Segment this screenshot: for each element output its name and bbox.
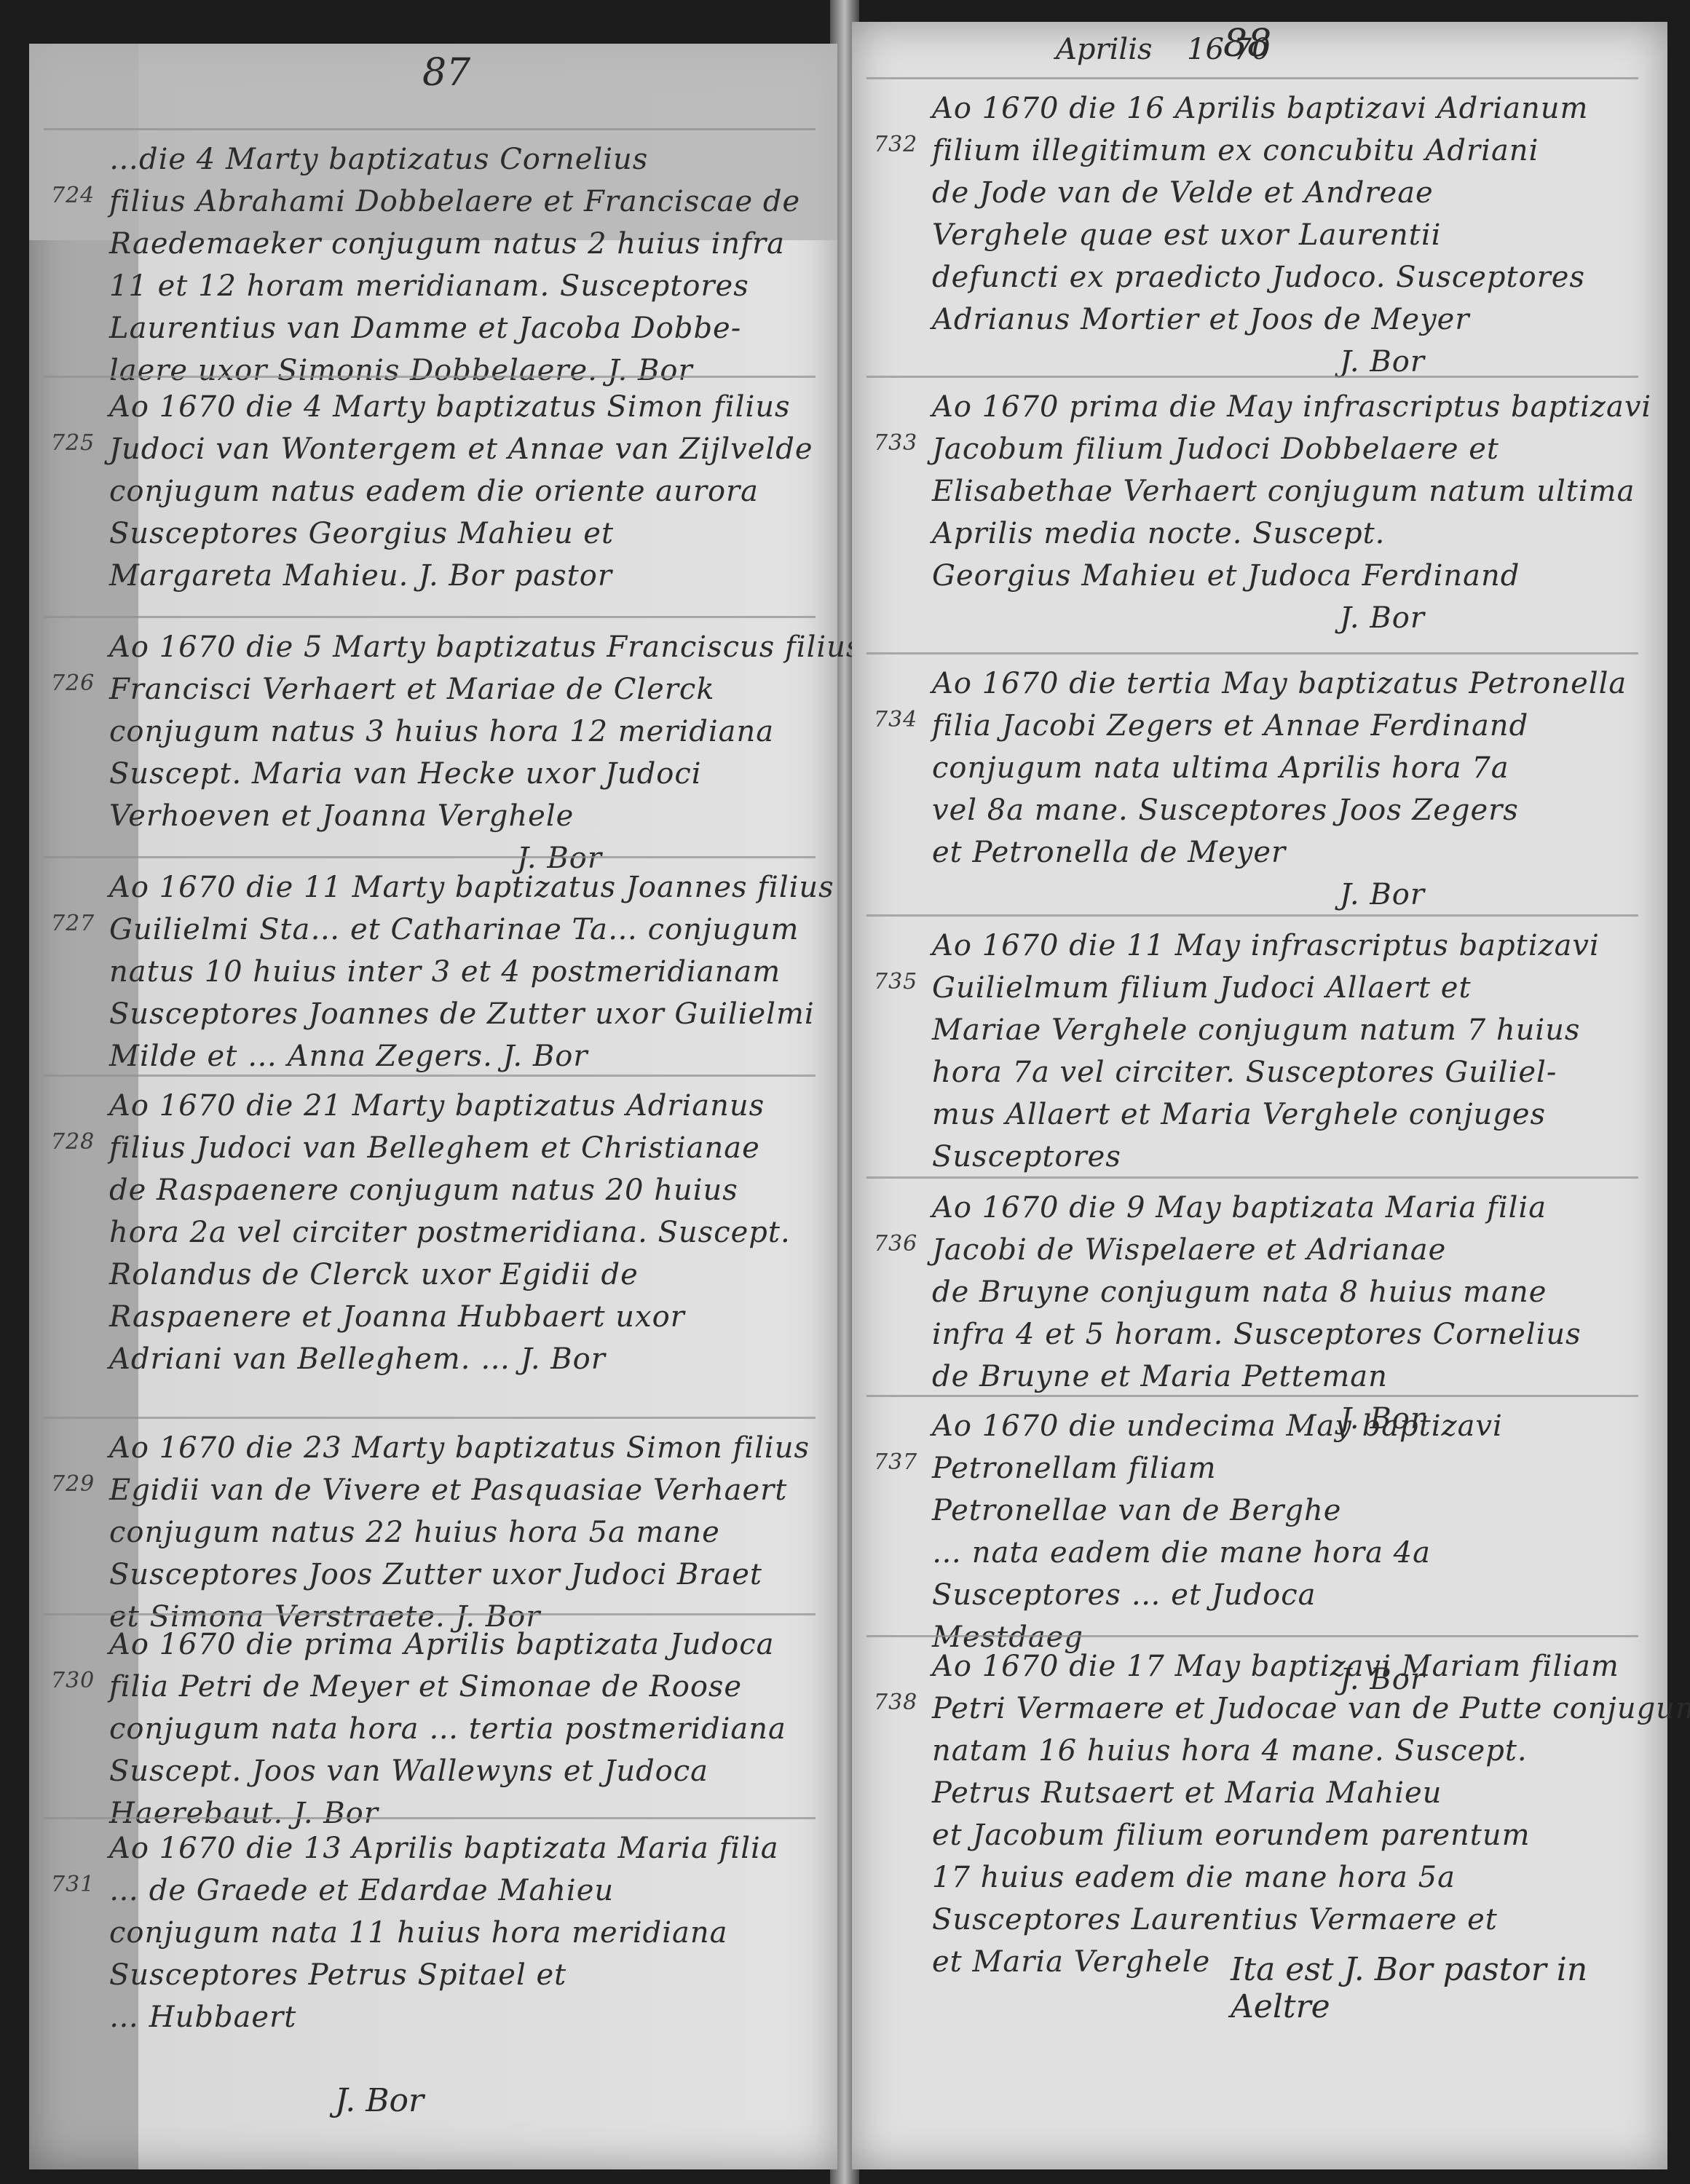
entry-text-line: Jacobum filium Judoci Dobbelaere et [932, 428, 1651, 470]
entry-text-line: filia Jacobi Zegers et Annae Ferdinand [932, 705, 1627, 747]
entry-text-line: Ao 1670 die 4 Marty baptizatus Simon fil… [109, 386, 813, 428]
register-entry: 731Ao 1670 die 13 Aprilis baptizata Mari… [109, 1827, 779, 2038]
right-page-number: 88 [1223, 22, 1271, 66]
entry-text-line: et Jacobum filium eorundem parentum [932, 1814, 1690, 1856]
entry-text-line: Susceptores … et Judoca [932, 1574, 1503, 1616]
entry-text-line: … de Graede et Edardae Mahieu [109, 1870, 779, 1912]
entry-number: 732 [874, 124, 917, 166]
entry-signature: J. Bor [932, 874, 1627, 916]
entry-text-line: 11 et 12 horam meridianam. Susceptores [109, 265, 800, 307]
entry-text-line: Verhoeven et Joanna Verghele [109, 795, 861, 837]
entry-divider [44, 616, 816, 618]
entry-number: 734 [874, 699, 917, 741]
entry-divider [866, 1395, 1638, 1397]
entry-text-line: Judoci van Wontergem et Annae van Zijlve… [109, 428, 813, 470]
entry-text-line: Ao 1670 die 17 May baptizavi Mariam fili… [932, 1645, 1690, 1688]
entry-divider [866, 376, 1638, 378]
entry-text-line: Ao 1670 die prima Aprilis baptizata Judo… [109, 1623, 786, 1666]
entry-text-line: Susceptores Joos Zutter uxor Judoci Brae… [109, 1554, 810, 1596]
entry-text-line: Egidii van de Vivere et Pasquasiae Verha… [109, 1469, 810, 1511]
entry-text-line: …die 4 Marty baptizatus Cornelius [109, 138, 800, 181]
entry-divider [44, 376, 816, 378]
entry-text-line: Elisabethae Verhaert conjugum natum ulti… [932, 470, 1651, 513]
entry-divider [866, 914, 1638, 917]
entry-text-line: de Bruyne conjugum nata 8 huius mane [932, 1271, 1582, 1313]
entry-number: 729 [51, 1463, 95, 1506]
entry-number: 731 [51, 1864, 95, 1906]
entry-text-line: Verghele quae est uxor Laurentii [932, 214, 1589, 256]
entry-text-line: conjugum natus 3 huius hora 12 meridiana [109, 711, 861, 753]
entry-text-line: conjugum natus eadem die oriente aurora [109, 470, 813, 513]
entry-text-line: Guilielmum filium Judoci Allaert et [932, 967, 1600, 1009]
entry-text-line: mus Allaert et Maria Verghele conjuges [932, 1093, 1600, 1136]
entry-text-line: 17 huius eadem die mane hora 5a [932, 1856, 1690, 1899]
entry-text-line: infra 4 et 5 horam. Susceptores Corneliu… [932, 1313, 1582, 1356]
entry-text-line: Guilielmi Sta… et Catharinae Ta… conjugu… [109, 909, 834, 951]
entry-text-line: Laurentius van Damme et Jacoba Dobbe- [109, 307, 800, 349]
register-entry: 728Ao 1670 die 21 Marty baptizatus Adria… [109, 1085, 791, 1380]
entry-text-line: Rolandus de Clerck uxor Egidii de [109, 1254, 791, 1296]
entry-text-line: Ao 1670 prima die May infrascriptus bapt… [932, 386, 1651, 428]
entry-text-line: Susceptores [932, 1136, 1600, 1178]
entry-text-line: Ao 1670 die 11 Marty baptizatus Joannes … [109, 866, 834, 909]
entry-number: 724 [51, 175, 95, 217]
entry-text-line: de Jode van de Velde et Andreae [932, 172, 1589, 214]
entry-text-line: conjugum nata hora … tertia postmeridian… [109, 1708, 786, 1750]
entry-text-line: … nata eadem die mane hora 4a [932, 1532, 1503, 1574]
entry-text-line: Adriani van Belleghem. … J. Bor [109, 1338, 791, 1380]
entry-text-line: Susceptores Georgius Mahieu et [109, 513, 813, 555]
register-entry: 736Ao 1670 die 9 May baptizata Maria fil… [932, 1187, 1582, 1440]
entry-number: 730 [51, 1660, 95, 1702]
entry-number: 737 [874, 1441, 917, 1484]
left-page: 87 724…die 4 Marty baptizatus Corneliusf… [29, 44, 837, 2169]
entry-divider [44, 856, 816, 858]
entry-divider [866, 1635, 1638, 1637]
entry-text-line: filius Judoci van Belleghem et Christian… [109, 1127, 791, 1169]
entry-text-line: de Bruyne et Maria Petteman [932, 1356, 1582, 1398]
left-footer-mark: J. Bor [335, 2082, 424, 2119]
entry-text-line: Susceptores Joannes de Zutter uxor Guili… [109, 993, 834, 1035]
left-page-number: 87 [422, 51, 470, 95]
register-entry: 735Ao 1670 die 11 May infrascriptus bapt… [932, 925, 1600, 1178]
entry-number: 728 [51, 1121, 95, 1163]
entry-text-line: Adrianus Mortier et Joos de Meyer [932, 298, 1589, 341]
register-entry: 734Ao 1670 die tertia May baptizatus Pet… [932, 662, 1627, 916]
entry-text-line: Raspaenere et Joanna Hubbaert uxor [109, 1296, 791, 1338]
entry-divider [44, 1417, 816, 1419]
entry-text-line: Petrus Rutsaert et Maria Mahieu [932, 1772, 1690, 1814]
entry-number: 725 [51, 422, 95, 464]
entry-text-line: hora 7a vel circiter. Susceptores Guilie… [932, 1051, 1600, 1093]
closing-signature: Ita est J. Bor pastor in Aeltre [1231, 1951, 1667, 2025]
entry-text-line: Aprilis media nocte. Suscept. [932, 513, 1651, 555]
register-entry: 725Ao 1670 die 4 Marty baptizatus Simon … [109, 386, 813, 597]
entry-text-line: Susceptores Laurentius Vermaere et [932, 1899, 1690, 1941]
register-entry: 726Ao 1670 die 5 Marty baptizatus Franci… [109, 626, 861, 879]
register-entry: 729Ao 1670 die 23 Marty baptizatus Simon… [109, 1427, 810, 1638]
register-entry: 727Ao 1670 die 11 Marty baptizatus Joann… [109, 866, 834, 1077]
entry-text-line: Raedemaeker conjugum natus 2 huius infra [109, 223, 800, 265]
entry-text-line: de Raspaenere conjugum natus 20 huius [109, 1169, 791, 1211]
register-entry: 738Ao 1670 die 17 May baptizavi Mariam f… [932, 1645, 1690, 1983]
entry-divider [866, 1176, 1638, 1179]
entry-text-line: Petri Vermaere et Judocae van de Putte c… [932, 1688, 1690, 1730]
register-entry: 733Ao 1670 prima die May infrascriptus b… [932, 386, 1651, 639]
entry-text-line: filia Petri de Meyer et Simonae de Roose [109, 1666, 786, 1708]
entry-text-line: Suscept. Maria van Hecke uxor Judoci [109, 753, 861, 795]
entry-text-line: Susceptores Petrus Spitael et [109, 1954, 779, 1996]
entry-text-line: conjugum nata 11 huius hora meridiana [109, 1912, 779, 1954]
entry-text-line: filium illegitimum ex concubitu Adriani [932, 130, 1589, 172]
entry-text-line: Ao 1670 die 9 May baptizata Maria filia [932, 1187, 1582, 1229]
header-month: Aprilis [1056, 33, 1153, 66]
entry-text-line: Ao 1670 die 5 Marty baptizatus Franciscu… [109, 626, 861, 668]
entry-text-line: Petronellam filiam [932, 1447, 1503, 1489]
entry-number: 738 [874, 1682, 917, 1724]
register-entry: 732Ao 1670 die 16 Aprilis baptizavi Adri… [932, 87, 1589, 383]
entry-text-line: Georgius Mahieu et Judoca Ferdinand [932, 555, 1651, 597]
entry-text-line: Suscept. Joos van Wallewyns et Judoca [109, 1750, 786, 1792]
register-entry: 730Ao 1670 die prima Aprilis baptizata J… [109, 1623, 786, 1835]
entry-text-line: natus 10 huius inter 3 et 4 postmeridian… [109, 951, 834, 993]
entry-number: 727 [51, 903, 95, 945]
entry-divider [44, 1075, 816, 1077]
entry-divider [44, 1817, 816, 1819]
entry-text-line: defuncti ex praedicto Judoco. Susceptore… [932, 256, 1589, 298]
entry-text-line: Milde et … Anna Zegers. J. Bor [109, 1035, 834, 1077]
entry-text-line: hora 2a vel circiter postmeridiana. Susc… [109, 1211, 791, 1254]
entry-text-line: Ao 1670 die undecima May baptizavi [932, 1405, 1503, 1447]
entry-text-line: Ao 1670 die 11 May infrascriptus baptiza… [932, 925, 1600, 967]
entry-divider [44, 1613, 816, 1615]
entry-text-line: Ao 1670 die 16 Aprilis baptizavi Adrianu… [932, 87, 1589, 130]
right-page: Aprilis 16 70 88 732Ao 1670 die 16 April… [852, 22, 1667, 2169]
entry-text-line: Ao 1670 die 23 Marty baptizatus Simon fi… [109, 1427, 810, 1469]
entry-signature: J. Bor [932, 597, 1651, 639]
entry-number: 735 [874, 961, 917, 1003]
entry-divider [866, 77, 1638, 79]
entry-text-line: Ao 1670 die tertia May baptizatus Petron… [932, 662, 1627, 705]
entry-text-line: Petronellae van de Berghe [932, 1489, 1503, 1532]
entry-divider [44, 128, 816, 130]
entry-number: 733 [874, 422, 917, 464]
entry-text-line: et Petronella de Meyer [932, 831, 1627, 874]
entry-text-line: Francisci Verhaert et Mariae de Clerck [109, 668, 861, 711]
entry-text-line: Ao 1670 die 21 Marty baptizatus Adrianus [109, 1085, 791, 1127]
entry-text-line: Ao 1670 die 13 Aprilis baptizata Maria f… [109, 1827, 779, 1870]
entry-text-line: Mariae Verghele conjugum natum 7 huius [932, 1009, 1600, 1051]
entry-number: 736 [874, 1223, 917, 1265]
entry-text-line: … Hubbaert [109, 1996, 779, 2038]
entry-divider [866, 652, 1638, 654]
entry-number: 726 [51, 662, 95, 705]
entry-text-line: Margareta Mahieu. J. Bor pastor [109, 555, 813, 597]
register-entry: 724…die 4 Marty baptizatus Corneliusfili… [109, 138, 800, 392]
entry-text-line: conjugum nata ultima Aprilis hora 7a [932, 747, 1627, 789]
entry-text-line: vel 8a mane. Susceptores Joos Zegers [932, 789, 1627, 831]
entry-text-line: natam 16 huius hora 4 mane. Suscept. [932, 1730, 1690, 1772]
entry-text-line: conjugum natus 22 huius hora 5a mane [109, 1511, 810, 1554]
entry-text-line: filius Abrahami Dobbelaere et Franciscae… [109, 181, 800, 223]
entry-text-line: Jacobi de Wispelaere et Adrianae [932, 1229, 1582, 1271]
